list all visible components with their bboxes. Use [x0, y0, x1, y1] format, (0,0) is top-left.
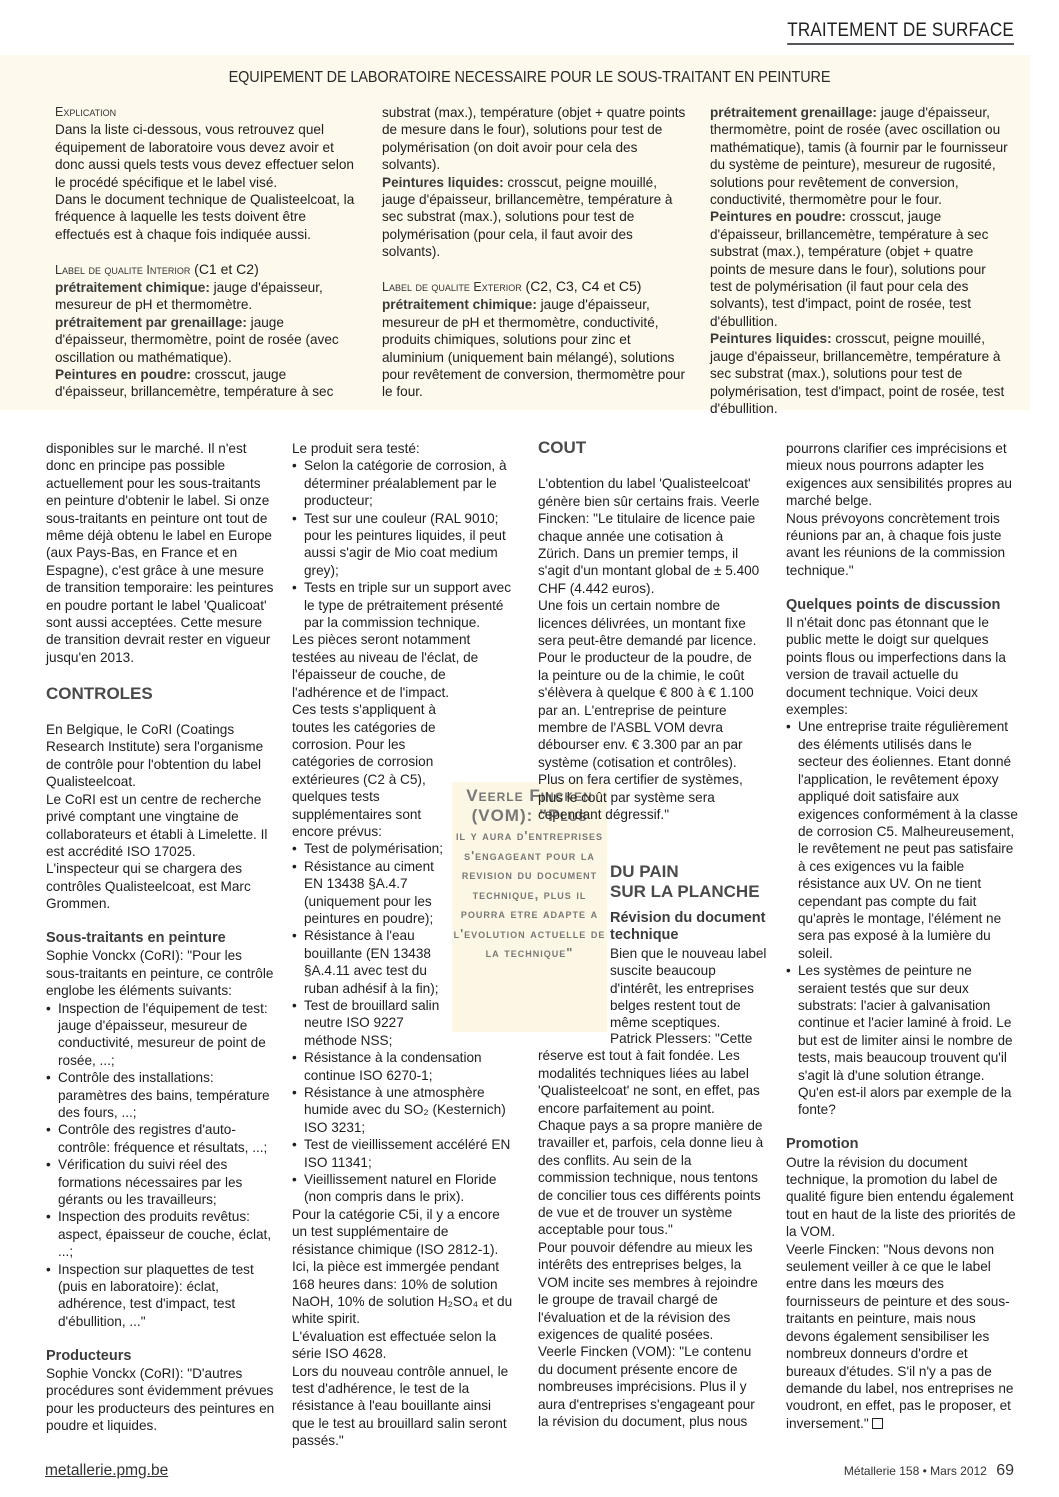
desc: jauge d'épaisseur, mesureur de pH et the…	[382, 297, 685, 399]
term: prétraitement chimique:	[55, 280, 210, 295]
article-column-3b: DU PAIN SUR LA PLANCHE Révision du docum…	[610, 862, 768, 1032]
producteurs-heading: Producteurs	[46, 1348, 278, 1365]
exterior-label: Label de qualite Exterior	[382, 280, 522, 294]
website-link[interactable]: metallerie.pmg.be	[45, 1462, 168, 1480]
intro-paragraph: disponibles sur le marché. Il n'est donc…	[46, 440, 278, 666]
article-column-3: COUT L'obtention du label 'Qualisteelcoa…	[538, 438, 766, 824]
article-column-1: disponibles sur le marché. Il n'est donc…	[46, 440, 278, 1435]
paragraph: Le CoRI est un centre de recherche privé…	[46, 791, 278, 861]
page-number: 69	[996, 1462, 1014, 1479]
paragraph: Lors du nouveau contrôle annuel, le test…	[292, 1363, 514, 1450]
paragraph: Pour la catégorie C5i, il y a encore un …	[292, 1206, 514, 1258]
paragraph: L'évaluation est effectuée selon la séri…	[292, 1328, 514, 1363]
term: Peintures liquides:	[710, 331, 832, 346]
end-of-article-icon	[872, 1418, 883, 1429]
paragraph: pourrons clarifier ces imprécisions et m…	[786, 440, 1018, 510]
list-item: Test sur une couleur (RAL 9010; pour les…	[292, 510, 514, 580]
interior-label: Label de qualite Interior	[55, 263, 190, 277]
term: prétraitement chimique:	[382, 297, 537, 312]
paragraph: Pour pouvoir défendre au mieux les intér…	[538, 1239, 766, 1343]
promotion-heading: Promotion	[786, 1136, 1018, 1153]
paragraph: Il n'était donc pas étonnant que le publ…	[786, 614, 1018, 718]
box-title: EQUIPEMENT DE LABORATOIRE NECESSAIRE POU…	[37, 69, 1022, 87]
desc: jauge d'épaisseur, thermomètre, point de…	[710, 105, 1008, 207]
paragraph: L'inspecteur qui se chargera des contrôl…	[46, 860, 278, 912]
term: prétraitement grenaillage:	[710, 105, 877, 120]
paragraph: Le produit sera testé:	[292, 440, 514, 457]
exterior-classes: (C2, C3, C4 et C5)	[526, 278, 642, 294]
article-column-4: pourrons clarifier ces imprécisions et m…	[786, 440, 1018, 1432]
extra-tests-list-2: Résistance à la condensation continue IS…	[292, 1049, 514, 1206]
term: Peintures en poudre:	[55, 367, 191, 382]
extra-tests-list: Test de polymérisation; Résistance au ci…	[292, 840, 452, 1049]
list-item: Vérification du suivi réel des formation…	[46, 1156, 278, 1208]
paragraph: En Belgique, le CoRI (Coatings Research …	[46, 721, 278, 791]
term: Peintures liquides:	[382, 175, 504, 190]
box-column-3: prétraitement grenaillage: jauge d'épais…	[710, 104, 1010, 417]
sous-traitants-heading: Sous-traitants en peinture	[46, 930, 278, 947]
paragraph: Bien que le nouveau label suscite beauco…	[610, 945, 768, 1032]
list-item: Résistance à l'eau bouillante (EN 13438 …	[292, 927, 452, 997]
paragraph: Nous prévoyons concrètement trois réunio…	[786, 510, 1018, 580]
paragraph: Ces tests s'appliquent à toutes les caté…	[292, 701, 452, 840]
list-item: Contrôle des installations: paramètres d…	[46, 1069, 278, 1121]
term: Peintures en poudre:	[710, 209, 846, 224]
list-item: Une entreprise traite régulièrement des …	[786, 718, 1018, 962]
box-column-1: Explication Dans la liste ci-dessous, vo…	[55, 104, 355, 401]
list-item: Inspection des produits revêtus: aspect,…	[46, 1208, 278, 1260]
equipment-sidebar-box: EQUIPEMENT DE LABORATOIRE NECESSAIRE POU…	[0, 55, 1030, 410]
list-item: Les systèmes de peinture ne seraient tes…	[786, 962, 1018, 1119]
points-heading: Quelques points de discussion	[786, 597, 1018, 614]
list-item: Contrôle des registres d'auto-contrôle: …	[46, 1121, 278, 1156]
interior-powder-continued: substrat (max.), température (objet + qu…	[382, 104, 687, 174]
quote-text: il y aura d'entreprises s'engageant pour…	[452, 826, 607, 963]
explication-text: Dans la liste ci-dessous, vous retrouvez…	[55, 121, 355, 191]
list-item: Résistance à une atmosphère humide avec …	[292, 1084, 514, 1136]
list-item: Inspection sur plaquettes de test (puis …	[46, 1261, 278, 1331]
paragraph: Les pièces seront notamment testées au n…	[292, 631, 514, 701]
cout-heading: COUT	[538, 438, 766, 458]
list-item: Test de vieillissement accéléré EN ISO 1…	[292, 1136, 514, 1171]
paragraph: Sophie Vonckx (CoRI): "Pour les sous-tra…	[46, 947, 278, 999]
list-item: Selon la catégorie de corrosion, à déter…	[292, 457, 514, 509]
section-tag: TRAITEMENT DE SURFACE	[787, 20, 1014, 45]
paragraph: Veerle Fincken: "Nous devons non seuleme…	[786, 1242, 1013, 1431]
list-item: Test de polymérisation;	[292, 840, 452, 857]
paragraph: L'obtention du label 'Qualisteelcoat' gé…	[538, 475, 766, 597]
desc: crosscut, jauge d'épaisseur, brillancemè…	[710, 209, 988, 328]
paragraph: Une fois un certain nombre de licences d…	[538, 597, 766, 823]
issue-info: Métallerie 158 • Mars 2012	[844, 1464, 987, 1478]
pain-heading-line1: DU PAIN	[610, 862, 768, 882]
list-item: Test de brouillard salin neutre ISO 9227…	[292, 997, 452, 1049]
list-item: Inspection de l'équipement de test: jaug…	[46, 1000, 278, 1070]
list-item: Vieillissement naturel en Floride (non c…	[292, 1171, 514, 1206]
list-item: Résistance au ciment EN 13438 §A.4.7 (un…	[292, 858, 452, 928]
footer-issue: Métallerie 158 • Mars 2012 69	[844, 1462, 1014, 1480]
paragraph: Veerle Fincken (VOM): "Le contenu du doc…	[538, 1343, 766, 1430]
controles-heading: CONTROLES	[46, 684, 278, 704]
pain-heading-line2: SUR LA PLANCHE	[610, 882, 768, 902]
interior-classes: (C1 et C2)	[194, 261, 259, 277]
term: prétraitement par grenaillage:	[55, 315, 247, 330]
paragraph: Outre la révision du document technique,…	[786, 1154, 1018, 1241]
paragraph: Patrick Plessers: "Cette réserve est tou…	[538, 1030, 766, 1239]
box-column-2: substrat (max.), température (objet + qu…	[382, 104, 687, 401]
revision-heading: Révision du document technique	[610, 910, 768, 945]
discussion-list: Une entreprise traite régulièrement des …	[786, 718, 1018, 1118]
paragraph: Sophie Vonckx (CoRI): "D'autres procédur…	[46, 1365, 278, 1435]
test-list: Selon la catégorie de corrosion, à déter…	[292, 457, 514, 631]
explication-text-2: Dans le document technique de Qualisteel…	[55, 191, 355, 243]
paragraph: Ici, la pièce est immergée pendant 168 h…	[292, 1258, 514, 1328]
list-item: Résistance à la condensation continue IS…	[292, 1049, 514, 1084]
article-column-3c: Patrick Plessers: "Cette réserve est tou…	[538, 1030, 766, 1430]
inspection-list: Inspection de l'équipement de test: jaug…	[46, 1000, 278, 1331]
list-item: Tests en triple sur un support avec le t…	[292, 579, 514, 631]
explication-label: Explication	[55, 104, 355, 121]
